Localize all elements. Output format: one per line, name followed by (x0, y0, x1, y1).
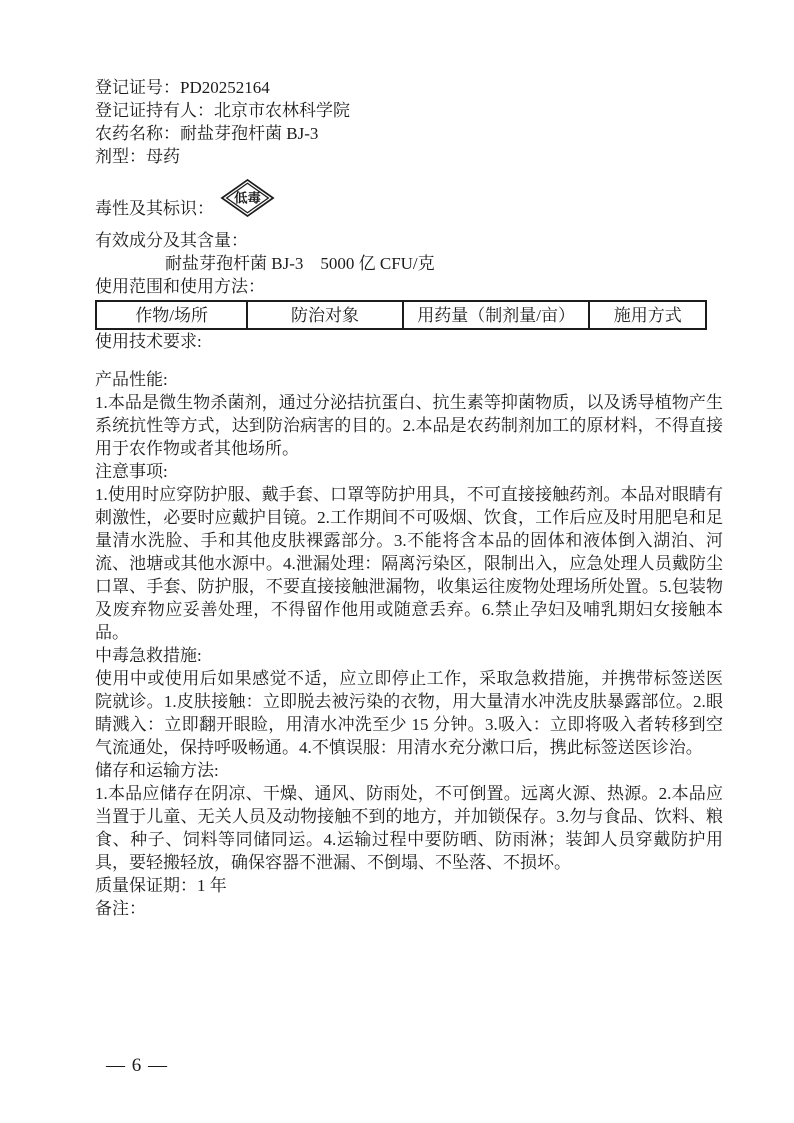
section-body: 1.本品应储存在阴凉、干燥、通风、防雨处，不可倒置。远离火源、热源。2.本品应当… (95, 782, 723, 874)
section-body: 1.本品是微生物杀菌剂，通过分泌拮抗蛋白、抗生素等抑菌物质，以及诱导植物产生系统… (95, 391, 723, 460)
section-precautions: 注意事项: 1.使用时应穿防护服、戴手套、口罩等防护用具，不可直接接触药剂。本品… (95, 460, 723, 644)
tech-requirements-label: 使用技术要求: (95, 330, 723, 353)
dosage-form-line: 剂型：母药 (95, 145, 723, 168)
registration-number-line: 登记证号：PD20252164 (95, 76, 723, 99)
usage-scope-label: 使用范围和使用方法： (95, 275, 723, 298)
document-page: 登记证号：PD20252164 登记证持有人：北京市农林科学院 农药名称：耐盐芽… (0, 0, 794, 1123)
section-product-performance: 产品性能: 1.本品是微生物杀菌剂，通过分泌拮抗蛋白、抗生素等抑菌物质，以及诱导… (95, 368, 723, 460)
pesticide-name-line: 农药名称：耐盐芽孢杆菌 BJ-3 (95, 122, 723, 145)
table-header-target: 防治对象 (247, 301, 403, 329)
table-header-dosage: 用药量（制剂量/亩） (403, 301, 590, 329)
toxicity-mark-text: 低毒 (234, 190, 261, 206)
ingredient-label: 有效成分及其含量： (95, 229, 723, 252)
table-header-crop: 作物/场所 (96, 301, 247, 329)
low-toxicity-diamond-icon: 低毒 (220, 179, 275, 217)
section-body: 1.使用时应穿防护服、戴手套、口罩等防护用具，不可直接接触药剂。本品对眼睛有刺激… (95, 483, 723, 644)
section-title: 中毒急救措施: (95, 644, 723, 667)
page-number: — 6 — (106, 1055, 168, 1077)
table-header-method: 施用方式 (589, 301, 706, 329)
usage-table: 作物/场所 防治对象 用药量（制剂量/亩） 施用方式 (95, 300, 707, 330)
toxicity-label: 毒性及其标识： (95, 197, 214, 220)
ingredient-value: 耐盐芽孢杆菌 BJ-3 5000 亿 CFU/克 (95, 252, 723, 275)
toxicity-row: 毒性及其标识： 低毒 (95, 180, 723, 220)
section-storage-transport: 储存和运输方法: 1.本品应储存在阴凉、干燥、通风、防雨处，不可倒置。远离火源、… (95, 759, 723, 874)
blank-gap (95, 353, 723, 368)
section-first-aid: 中毒急救措施: 使用中或使用后如果感觉不适，应立即停止工作，采取急救措施，并携带… (95, 644, 723, 759)
section-body: 使用中或使用后如果感觉不适，应立即停止工作，采取急救措施，并携带标签送医院就诊。… (95, 667, 723, 759)
document-content: 登记证号：PD20252164 登记证持有人：北京市农林科学院 农药名称：耐盐芽… (95, 76, 723, 920)
usage-table-header-row: 作物/场所 防治对象 用药量（制剂量/亩） 施用方式 (96, 301, 706, 329)
section-title: 储存和运输方法: (95, 759, 723, 782)
registration-holder-line: 登记证持有人：北京市农林科学院 (95, 99, 723, 122)
remarks-label: 备注： (95, 897, 723, 920)
section-title: 产品性能: (95, 368, 723, 391)
warranty-line: 质量保证期：1 年 (95, 874, 723, 897)
section-title: 注意事项: (95, 460, 723, 483)
